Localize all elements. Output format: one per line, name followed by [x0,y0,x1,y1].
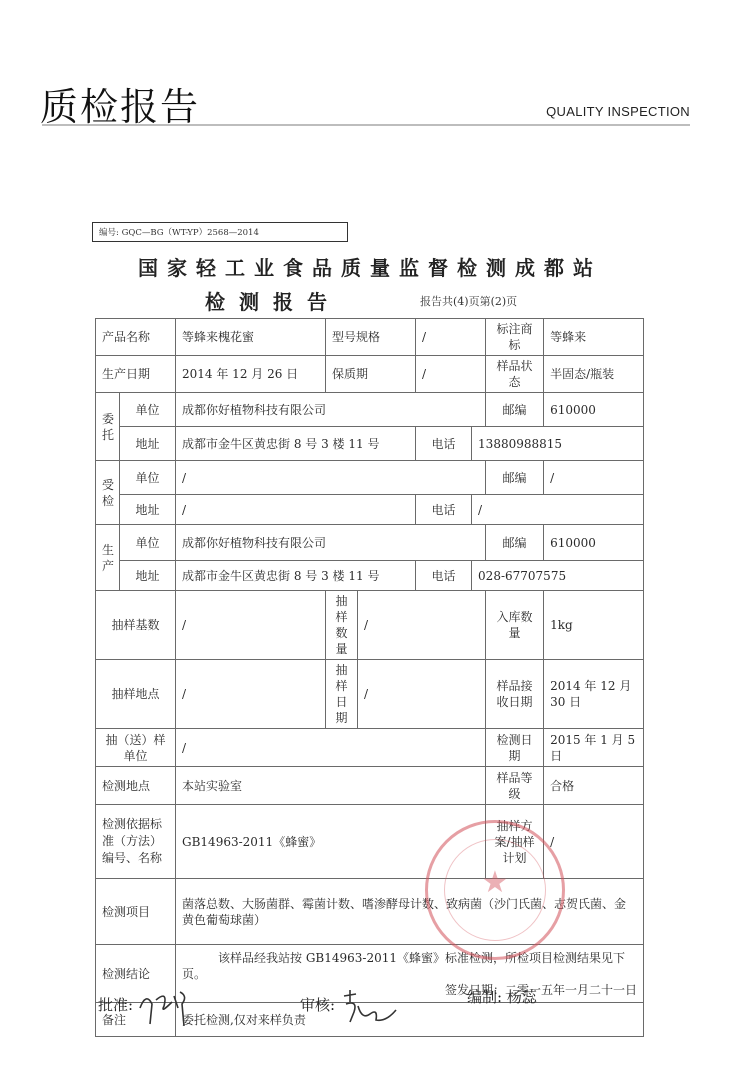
page-title: 质检报告 [40,76,200,131]
label-inspected-unit: 单位 [120,461,176,495]
value-sampling-base: / [176,591,326,660]
label-sampling-place: 抽样地点 [96,660,176,729]
value-sampling-qty: / [358,591,486,660]
official-seal-stamp: ★ [425,820,565,960]
prepare-label: 编制: [467,988,502,1006]
row-test-location: 检测地点 本站实验室 样品等级 合格 [96,767,644,805]
value-test-date: 2015 年 1 月 5 日 [544,729,644,767]
value-remarks: 委托检测,仅对来样负责 [176,1003,644,1037]
value-receive-date: 2014 年 12 月 30 日 [544,660,644,729]
label-sampling-date: 抽样日期 [326,660,358,729]
label-test-date: 检测日期 [486,729,544,767]
label-receive-date: 样品接收日期 [486,660,544,729]
organization-name: 国家轻工业食品质量监督检测成都站 [100,252,640,281]
value-conclusion: 该样品经我站按 GB14963-2011《蜂蜜》标准检测，所检项目检测结果见下页… [182,950,637,982]
page-subtitle: QUALITY INSPECTION [546,104,690,119]
report-title: 检测报告 [205,286,341,315]
row-sender: 抽（送）样单位 / 检测日期 2015 年 1 月 5 日 [96,729,644,767]
label-trademark: 标注商标 [486,319,544,356]
label-client-postcode: 邮编 [486,393,544,427]
label-producer-postcode: 邮编 [486,525,544,561]
row-inspected-unit: 受检 单位 / 邮编 / [96,461,644,495]
value-inspected-postcode: / [544,461,644,495]
value-sampling-place: / [176,660,326,729]
inspection-report-table: 产品名称 等蜂来槐花蜜 型号规格 / 标注商标 等蜂来 生产日期 2014 年 … [95,318,644,1037]
page-info: 报告共(4)页第(2)页 [420,293,517,309]
value-test-location: 本站实验室 [176,767,486,805]
value-producer-postcode: 610000 [544,525,644,561]
label-model: 型号规格 [326,319,416,356]
label-product-name: 产品名称 [96,319,176,356]
value-trademark: 等蜂来 [544,319,644,356]
report-serial-number: 编号: GQC—BG（WT-YP）2568—2014 [92,222,348,242]
value-sample-state: 半固态/瓶装 [544,356,644,393]
value-storage-qty: 1kg [544,591,644,660]
value-sender: / [176,729,486,767]
prepared-by: 编制: 杨蕊 [467,986,537,1007]
value-sample-grade: 合格 [544,767,644,805]
value-client-unit: 成都你好植物科技有限公司 [176,393,486,427]
label-sampling-base: 抽样基数 [96,591,176,660]
value-test-items: 菌落总数、大肠菌群、霉菌计数、嗜渗酵母计数、致病菌（沙门氏菌、志贺氏菌、金黄色葡… [176,879,644,945]
label-client-address: 地址 [120,427,176,461]
conclusion-cell: 该样品经我站按 GB14963-2011《蜂蜜》标准检测，所检项目检测结果见下页… [176,945,644,1003]
label-sender: 抽（送）样单位 [96,729,176,767]
label-inspected-phone: 电话 [416,495,472,525]
row-sampling-place: 抽样地点 / 抽样日期 / 样品接收日期 2014 年 12 月 30 日 [96,660,644,729]
value-inspected-unit: / [176,461,486,495]
value-producer-phone: 028-67707575 [472,561,644,591]
value-client-phone: 13880988815 [472,427,644,461]
label-inspected-address: 地址 [120,495,176,525]
value-inspected-phone: / [472,495,644,525]
label-test-items: 检测项目 [96,879,176,945]
row-inspected-address: 地址 / 电话 / [96,495,644,525]
label-sample-state: 样品状态 [486,356,544,393]
label-client-unit: 单位 [120,393,176,427]
value-producer-unit: 成都你好植物科技有限公司 [176,525,486,561]
value-shelf-life: / [416,356,486,393]
row-producer-address: 地址 成都市金牛区黄忠街 8 号 3 楼 11 号 电话 028-6770757… [96,561,644,591]
value-producer-address: 成都市金牛区黄忠街 8 号 3 楼 11 号 [176,561,416,591]
row-sampling-base: 抽样基数 / 抽样数量 / 入库数量 1kg [96,591,644,660]
label-inspected-postcode: 邮编 [486,461,544,495]
value-inspected-address: / [176,495,416,525]
approver-signature-scribble [138,986,198,1026]
row-client-unit: 委托 单位 成都你好植物科技有限公司 邮编 610000 [96,393,644,427]
label-producer-address: 地址 [120,561,176,591]
header-divider [42,124,690,126]
row-client-address: 地址 成都市金牛区黄忠街 8 号 3 楼 11 号 电话 13880988815 [96,427,644,461]
review-signature: 审核: [300,986,400,1026]
value-client-address: 成都市金牛区黄忠街 8 号 3 楼 11 号 [176,427,416,461]
approval-signature: 批准: [98,986,198,1026]
label-producer-phone: 电话 [416,561,472,591]
row-production-date: 生产日期 2014 年 12 月 26 日 保质期 / 样品状态 半固态/瓶装 [96,356,644,393]
preparer-name: 杨蕊 [507,988,537,1006]
row-producer-unit: 生产 单位 成都你好植物科技有限公司 邮编 610000 [96,525,644,561]
seal-star-icon: ★ [428,865,562,900]
label-storage-qty: 入库数量 [486,591,544,660]
reviewer-signature-scribble [340,986,400,1026]
label-production-date: 生产日期 [96,356,176,393]
label-inspected-group: 受检 [96,461,120,525]
value-model: / [416,319,486,356]
review-label: 审核: [300,996,335,1014]
approve-label: 批准: [98,996,133,1014]
value-client-postcode: 610000 [544,393,644,427]
label-standard: 检测依据标准（方法）编号、名称 [96,805,176,879]
label-sample-grade: 样品等级 [486,767,544,805]
label-test-location: 检测地点 [96,767,176,805]
label-sampling-qty: 抽样数量 [326,591,358,660]
label-client-group: 委托 [96,393,120,461]
value-production-date: 2014 年 12 月 26 日 [176,356,326,393]
label-producer-unit: 单位 [120,525,176,561]
value-issue-date: 签发日期：二零一五年一月二十一日 [182,982,637,998]
label-shelf-life: 保质期 [326,356,416,393]
value-product-name: 等蜂来槐花蜜 [176,319,326,356]
label-client-phone: 电话 [416,427,472,461]
label-producer-group: 生产 [96,525,120,591]
value-sampling-date: / [358,660,486,729]
row-product-name: 产品名称 等蜂来槐花蜜 型号规格 / 标注商标 等蜂来 [96,319,644,356]
